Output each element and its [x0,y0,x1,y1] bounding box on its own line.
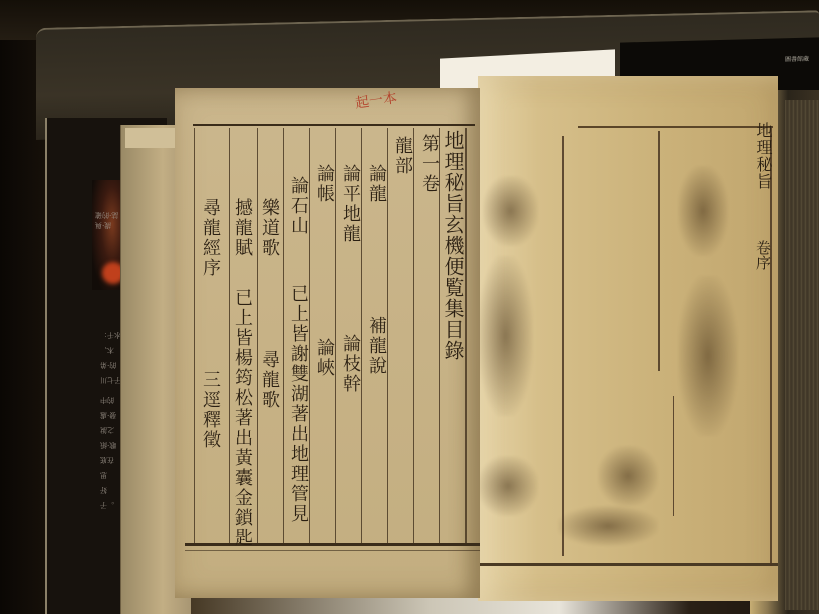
ink-bleed [478,456,538,516]
magazine-text: 歌·紙 [100,440,116,449]
top-border-rule [578,126,773,128]
column-rule [309,128,310,543]
toc-entry-note: 已上皆楊筠松著出黃囊金鎖匙 [233,288,251,548]
magazine-text: 發·處 [100,410,116,419]
column-rule [562,136,564,556]
magazine-text: 子七川 [100,375,121,384]
ink-bleed [558,506,658,546]
column-rule [465,128,467,543]
page-stack [785,100,819,610]
column-rule [387,128,388,543]
column-rule [658,131,660,371]
toc-entry: 三逕釋徵 [201,370,219,450]
magazine-text: 歲·與 [95,220,111,229]
toc-entry: 論帳 [315,164,333,204]
top-border-rule [193,124,475,126]
bottom-border-rule [185,543,480,546]
toc-entry: 論石山 [289,176,307,236]
ink-bleed [598,446,658,506]
column-rule [413,128,414,543]
left-page: 起一本 地理秘旨玄機便覧集目錄 第一卷 龍部 論龍 補龍說 論平地龍 論枝幹 論… [175,88,480,598]
ink-bleed [678,276,738,436]
edge-book-label: 卷序 [753,240,774,270]
magazine-text: 水千： [100,330,121,339]
toc-entry-note: 已上皆謝雙湖著出地理管見 [289,284,307,524]
magazine-text: 在底 [100,455,114,464]
toc-entry: 尋龍經序 [201,198,219,278]
ink-bleed [483,176,538,246]
toc-entry: 論龍 [367,164,385,204]
volume-heading: 第一卷 [420,134,438,194]
toc-entry: 樂道歌 [260,198,278,258]
edge-book-title: 地理秘旨 [752,122,775,190]
toc-entry: 尋龍歌 [260,350,278,410]
toc-entry: 論枝幹 [341,334,359,394]
column-rule [673,396,674,516]
red-annotation: 起一本 [354,87,398,113]
magazine-text: 之說 [100,425,114,434]
toc-entry: 論平地龍 [341,164,359,244]
toc-entry: 論峽 [315,338,333,378]
ink-bleed [678,166,728,256]
column-rule [361,128,362,543]
book-title: 地理秘旨玄機便覧集目錄 [443,130,463,361]
toc-entry: 撼龍賦 [233,198,251,258]
bottom-border-rule [185,550,480,551]
dark-strip-label: 圖書館藏 [785,54,809,64]
magazine-text: 。子 [100,500,114,509]
magazine-text: 思 [100,470,107,479]
column-rule [194,128,195,543]
section-heading: 龍部 [393,136,411,176]
column-rule [229,128,230,543]
ink-bleed [478,256,533,416]
column-rule [335,128,336,543]
bottom-border-rule [478,563,778,566]
magazine-text: 的·弟 [100,360,116,369]
magazine-text: 誌·的確 [95,210,118,219]
column-rule [283,128,284,543]
toc-entry: 補龍說 [367,316,385,376]
magazine-text: 的中 [100,395,114,404]
magazine-text: 木、 [100,345,114,354]
right-page [478,76,778,601]
column-rule [770,126,772,566]
magazine-text: 好 [100,485,107,494]
column-rule [257,128,258,543]
